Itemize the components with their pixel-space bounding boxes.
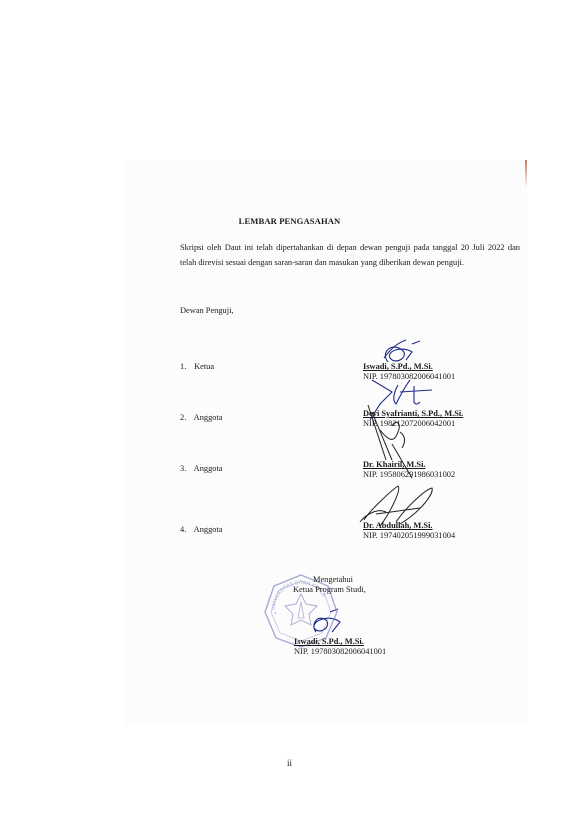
page-number: ii	[0, 758, 579, 768]
examiner-name: Dr. Abdullah, M.Si.	[363, 521, 455, 531]
examiner-nip: NIP. 198212072006042001	[363, 419, 463, 429]
examiner-role: Anggota	[194, 413, 223, 422]
examiner-role-1: 1. Ketua	[180, 362, 214, 371]
svg-text:*: *	[274, 612, 277, 618]
examiner-role-2: 2. Anggota	[180, 413, 222, 422]
examiner-name: Dr. Khairil, M.Si.	[363, 460, 455, 470]
board-label: Dewan Penguji,	[180, 306, 234, 315]
acknowledgement-name: Iswadi, S.Pd., M.Si.	[294, 637, 386, 647]
examiner-number: 2.	[180, 413, 192, 422]
examiner-nip: NIP. 197803082006041001	[363, 372, 455, 382]
examiner-number: 1.	[180, 362, 192, 371]
examiner-signature-block-3: Dr. Khairil, M.Si. NIP. 1958062919860310…	[363, 460, 455, 480]
approval-paragraph: Skripsi oleh Daut ini telah dipertahanka…	[180, 240, 520, 270]
acknowledgement-line-1: Mengetahui	[293, 575, 366, 585]
examiner-role: Ketua	[194, 362, 214, 371]
examiner-nip: NIP. 195806291986031002	[363, 470, 455, 480]
acknowledgement-signature-block: Iswadi, S.Pd., M.Si. NIP. 19780308200604…	[294, 637, 386, 657]
examiner-number: 4.	[180, 525, 192, 534]
examiner-name: Iswadi, S.Pd., M.Si.	[363, 362, 455, 372]
page-title: LEMBAR PENGASAHAN	[0, 216, 579, 226]
examiner-signature-block-1: Iswadi, S.Pd., M.Si. NIP. 19780308200604…	[363, 362, 455, 382]
examiner-signature-block-2: Devi Syafrianti, S.Pd., M.Si. NIP. 19821…	[363, 409, 463, 429]
examiner-nip: NIP. 197402051999031004	[363, 531, 455, 541]
acknowledgement-nip: NIP. 197803082006041001	[294, 647, 386, 657]
examiner-signature-block-4: Dr. Abdullah, M.Si. NIP. 197402051999031…	[363, 521, 455, 541]
examiner-role-4: 4. Anggota	[180, 525, 222, 534]
examiner-number: 3.	[180, 464, 192, 473]
examiner-role: Anggota	[194, 464, 223, 473]
examiner-name: Devi Syafrianti, S.Pd., M.Si.	[363, 409, 463, 419]
scan-edge-mark	[525, 160, 527, 188]
acknowledgement-block: Mengetahui Ketua Program Studi,	[293, 575, 366, 595]
acknowledgement-line-2: Ketua Program Studi,	[293, 585, 366, 595]
examiner-role-3: 3. Anggota	[180, 464, 222, 473]
examiner-role: Anggota	[194, 525, 223, 534]
